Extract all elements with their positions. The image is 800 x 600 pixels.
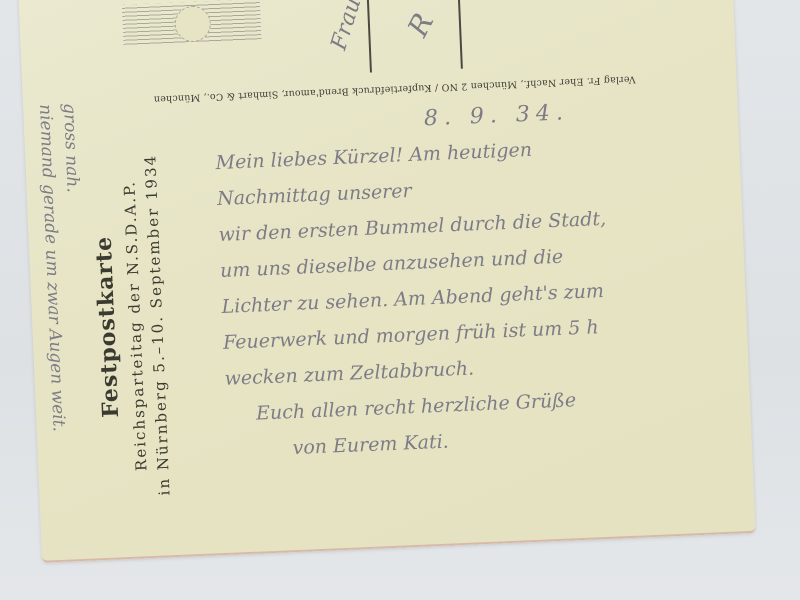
- stamp-box-emblem: [122, 0, 262, 47]
- handwritten-date: 8. 9. 34.: [423, 100, 569, 131]
- address-divider-line: [458, 0, 463, 69]
- publisher-line: Verlag Fr. Eher Nachf., München 2 NO / K…: [85, 71, 705, 108]
- address-fragment: Frau: [327, 0, 367, 53]
- address-fragment: R: [401, 8, 440, 42]
- emblem-icon: [174, 5, 211, 42]
- handwritten-letter: Mein liebes Kürzel! Am heutigen Nachmitt…: [215, 124, 738, 469]
- printed-title-block: Festpostkarte Reichsparteitag der N.S.D.…: [86, 113, 213, 537]
- postcard: Frau R Verlag Fr. Eher Nachf., München 2…: [18, 0, 755, 563]
- address-divider-line: [367, 0, 372, 73]
